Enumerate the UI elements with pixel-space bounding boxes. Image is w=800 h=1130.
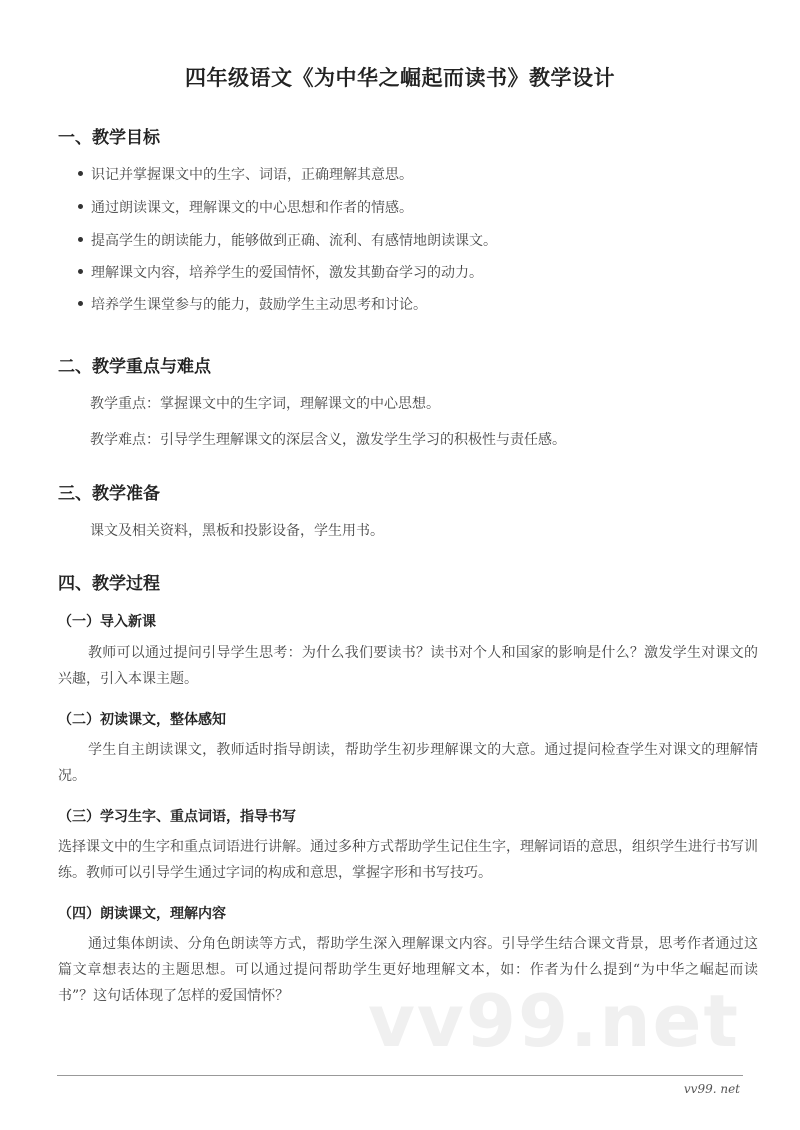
subsection-heading: （三）学习生字、重点词语，指导书写 [58,806,296,826]
footer-site-label: vv99. net [684,1082,740,1096]
document-title: 四年级语文《为中华之崛起而读书》教学设计 [0,62,800,92]
subsection-text: 教师可以通过提问引导学生思考：为什么我们要读书？读书对个人和国家的影响是什么？激… [58,640,758,692]
subsection-text: 学生自主朗读课文，教师适时指导朗读，帮助学生初步理解课文的大意。通过提问检查学生… [58,737,758,789]
watermark: vv99.net [368,985,740,1057]
section-heading-key-points: 二、教学重点与难点 [58,352,211,377]
bullet-icon [78,204,83,209]
subsection-text: 选择课文中的生字和重点词语进行讲解。通过多种方式帮助学生记住生字，理解词语的意思… [58,834,758,886]
list-item: 提高学生的朗读能力，能够做到正确、流利、有感情地朗读课文。 [78,230,497,250]
document-page: 四年级语文《为中华之崛起而读书》教学设计 一、教学目标 识记并掌握课文中的生字、… [0,0,800,1130]
list-item: 培养学生课堂参与的能力，鼓励学生主动思考和讨论。 [78,294,427,314]
bullet-icon [78,237,83,242]
list-item: 理解课文内容，培养学生的爱国情怀，激发其勤奋学习的动力。 [78,262,483,282]
section-heading-preparation: 三、教学准备 [58,479,160,504]
bullet-icon [78,171,83,176]
bullet-icon [78,269,83,274]
preparation-paragraph: 课文及相关资料，黑板和投影设备，学生用书。 [90,520,384,540]
subsection-heading: （四）朗读课文，理解内容 [58,903,226,923]
list-item: 识记并掌握课文中的生字、词语，正确理解其意思。 [78,164,413,184]
section-heading-objectives: 一、教学目标 [58,123,160,148]
section-heading-process: 四、教学过程 [58,569,160,594]
footer-divider [57,1075,743,1076]
subsection-heading: （一）导入新课 [58,611,156,631]
subsection-heading: （二）初读课文，整体感知 [58,709,226,729]
bullet-icon [78,301,83,306]
list-item: 通过朗读课文，理解课文的中心思想和作者的情感。 [78,197,413,217]
difficulty-paragraph: 教学难点：引导学生理解课文的深层含义，激发学生学习的积极性与责任感。 [90,429,566,449]
key-point-paragraph: 教学重点：掌握课文中的生字词，理解课文的中心思想。 [90,393,440,413]
